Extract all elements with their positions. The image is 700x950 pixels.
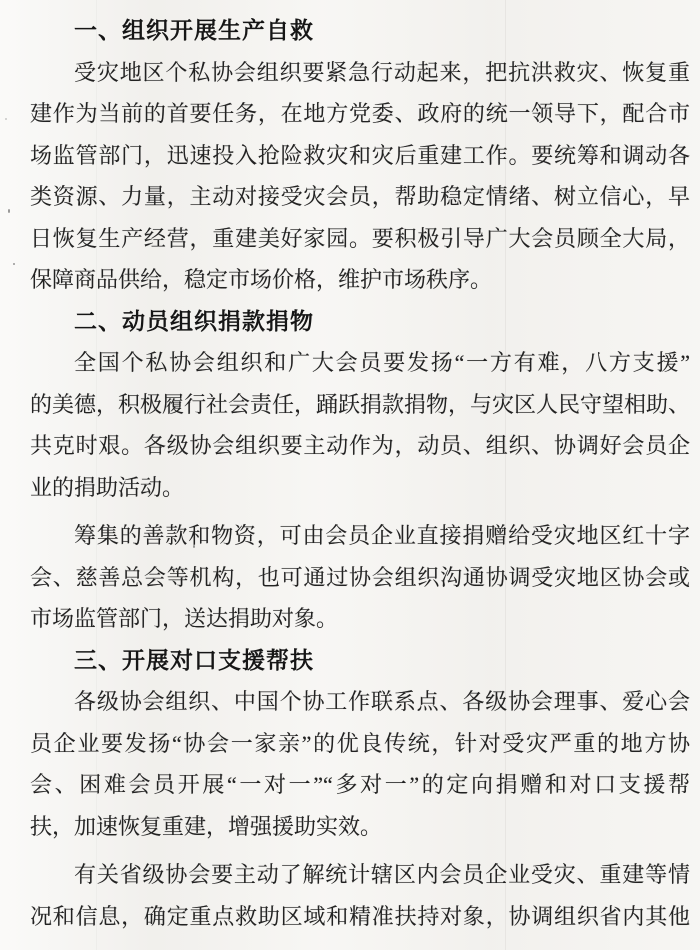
text-line: 会、慈善总会等机构，也可通过协会组织沟通协调受灾地区协会或 (30, 557, 690, 599)
text-line: 员企业要发扬“协会一家亲”的优良传统，针对受灾严重的地方协 (30, 723, 690, 765)
text-line: 建作为当前的首要任务，在地方党委、政府的统一领导下，配合市 (30, 93, 690, 135)
text-line: 有关省级协会要主动了解统计辖区内会员企业受灾、重建等情 (30, 854, 690, 896)
text-line: 的美德，积极履行社会责任，踊跃捐款捐物，与灾区人民守望相助、 (30, 384, 690, 426)
text-line: 保障商品供给，稳定市场价格，维护市场秩序。 (30, 259, 690, 301)
text-line: 场监管部门，迅速投入抢险救灾和灾后重建工作。要统筹和调动各 (30, 135, 690, 177)
scan-speck (8, 209, 10, 213)
text-line: 日恢复生产经营，重建美好家园。要积极引导广大会员顾全大局， (30, 218, 690, 260)
text-line: 各级协会组织、中国个协工作联系点、各级协会理事、爱心会 (30, 681, 690, 723)
document-section: 三、开展对口支援帮扶各级协会组织、中国个协工作联系点、各级协会理事、爱心会员企业… (30, 640, 690, 938)
document-section: 一、组织开展生产自救受灾地区个私协会组织要紧急行动起来，把抗洪救灾、恢复重建作为… (30, 10, 690, 301)
text-line: 受灾地区个私协会组织要紧急行动起来，把抗洪救灾、恢复重 (30, 52, 690, 94)
paragraph: 全国个私协会组织和广大会员要发扬“一方有难，八方支援”的美德，积极履行社会责任，… (30, 342, 690, 508)
section-heading: 二、动员组织捐款捐物 (30, 301, 690, 343)
text-line: 类资源、力量，主动对接受灾会员，帮助稳定情绪、树立信心，早 (30, 176, 690, 218)
text-line: 业的捐助活动。 (30, 467, 690, 509)
paragraph: 受灾地区个私协会组织要紧急行动起来，把抗洪救灾、恢复重建作为当前的首要任务，在地… (30, 52, 690, 301)
document-page: 一、组织开展生产自救受灾地区个私协会组织要紧急行动起来，把抗洪救灾、恢复重建作为… (0, 0, 700, 950)
text-line: 市场监管部门，送达捐助对象。 (30, 598, 690, 640)
document-section: 二、动员组织捐款捐物全国个私协会组织和广大会员要发扬“一方有难，八方支援”的美德… (30, 301, 690, 640)
paragraph: 有关省级协会要主动了解统计辖区内会员企业受灾、重建等情况和信息，确定重点救助区域… (30, 854, 690, 937)
scan-speck (13, 263, 15, 265)
document-content: 一、组织开展生产自救受灾地区个私协会组织要紧急行动起来，把抗洪救灾、恢复重建作为… (30, 10, 690, 937)
text-line: 全国个私协会组织和广大会员要发扬“一方有难，八方支援” (30, 342, 690, 384)
text-line: 会、困难会员开展“一对一”“多对一”的定向捐赠和对口支援帮 (30, 764, 690, 806)
scan-speck (5, 118, 7, 120)
section-heading: 一、组织开展生产自救 (30, 10, 690, 52)
text-line: 共克时艰。各级协会组织要主动作为，动员、组织、协调好会员企 (30, 425, 690, 467)
text-line: 扶，加速恢复重建，增强援助实效。 (30, 806, 690, 848)
paragraph: 筹集的善款和物资，可由会员企业直接捐赠给受灾地区红十字会、慈善总会等机构，也可通… (30, 515, 690, 640)
text-line: 况和信息，确定重点救助区域和精准扶持对象，协调组织省内其他 (30, 896, 690, 938)
paragraph: 各级协会组织、中国个协工作联系点、各级协会理事、爱心会员企业要发扬“协会一家亲”… (30, 681, 690, 847)
section-heading: 三、开展对口支援帮扶 (30, 640, 690, 682)
text-line: 筹集的善款和物资，可由会员企业直接捐赠给受灾地区红十字 (30, 515, 690, 557)
